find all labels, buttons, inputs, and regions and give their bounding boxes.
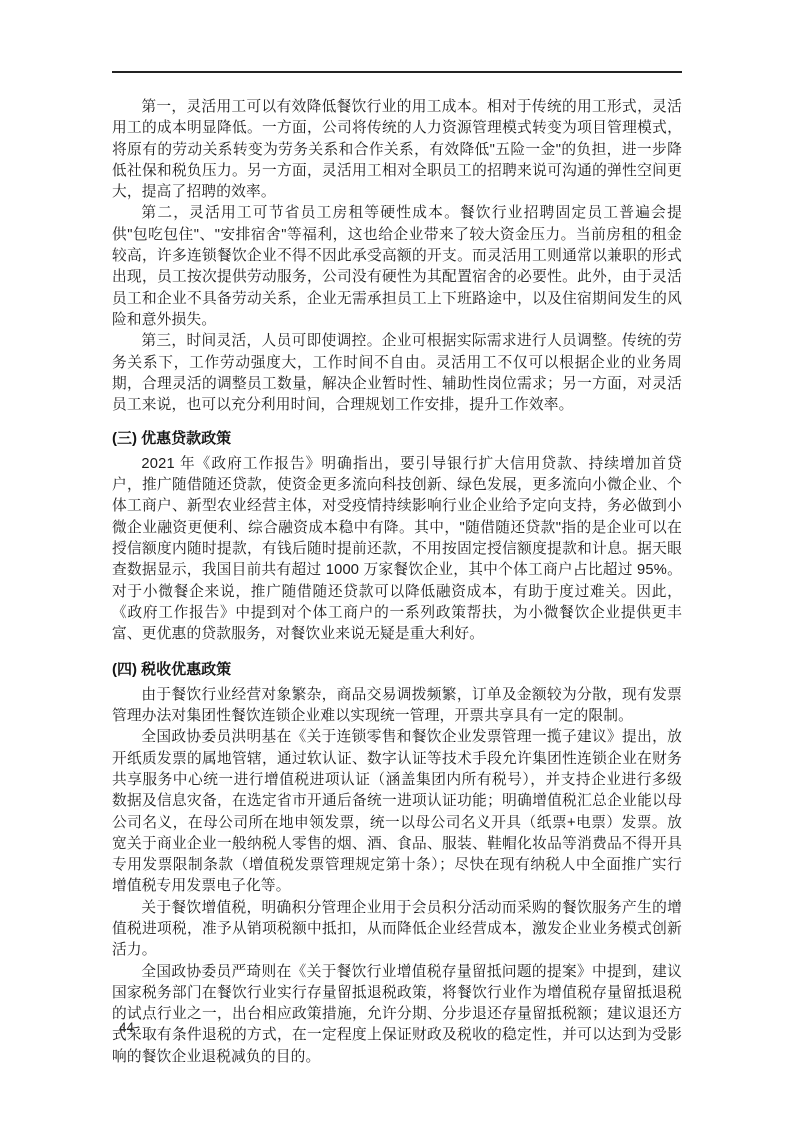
document-page: 第一，灵活用工可以有效降低餐饮行业的用工成本。相对于传统的用工形式，灵活用工的成… [0, 0, 793, 1122]
paragraph-yanqi-proposal: 全国政协委员严琦则在《关于餐饮行业增值税存量留抵问题的提案》中提到，建议国家税务… [112, 962, 682, 1068]
section-heading-tax-preferential-policy: (四) 税收优惠政策 [112, 659, 682, 680]
paragraph-invoice-management-limitation: 由于餐饮行业经营对象繁杂，商品交易调拨频繁，订单及金额较为分散，现有发票管理办法… [112, 685, 682, 728]
section-heading-preferential-loan-policy: (三) 优惠贷款政策 [112, 428, 682, 449]
page-content: 第一，灵活用工可以有效降低餐饮行业的用工成本。相对于传统的用工形式，灵活用工的成… [112, 71, 682, 1068]
paragraph-catering-vat-deduction: 关于餐饮增值税，明确积分管理企业用于会员积分活动而采购的餐饮服务产生的增值税进项… [112, 898, 682, 962]
paragraph-hongmingji-proposal: 全国政协委员洪明基在《关于连锁零售和餐饮企业发票管理一揽子建议》提出，放开纸质发… [112, 727, 682, 897]
header-rule [112, 71, 682, 73]
page-number: 44 [119, 1020, 134, 1035]
paragraph-time-flexibility: 第三，时间灵活，人员可即使调控。企业可根据实际需求进行人员调整。传统的劳务关系下… [112, 331, 682, 416]
paragraph-labor-cost-reduction: 第一，灵活用工可以有效降低餐饮行业的用工成本。相对于传统的用工形式，灵活用工的成… [112, 97, 682, 203]
paragraph-government-work-report-loans: 2021 年《政府工作报告》明确指出，要引导银行扩大信用贷款、持续增加首贷户，推… [112, 454, 682, 646]
paragraph-housing-cost-saving: 第二，灵活用工可节省员工房租等硬性成本。餐饮行业招聘固定员工普遍会提供"包吃包住… [112, 203, 682, 331]
